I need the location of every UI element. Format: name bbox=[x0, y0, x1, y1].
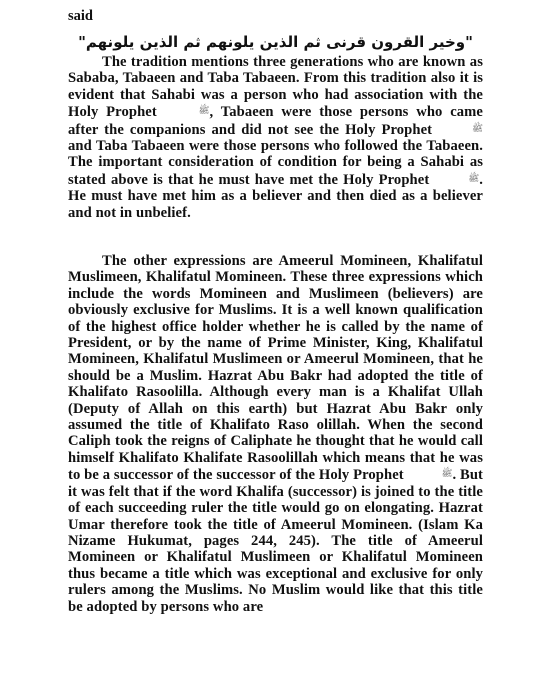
pbuh-honorific-icon: ﷺ bbox=[165, 103, 210, 119]
pbuh-honorific-icon: ﷺ bbox=[408, 466, 453, 482]
paragraph-titles: The other expressions are Ameerul Momine… bbox=[68, 253, 483, 615]
paragraph-generations: The tradition mentions three generations… bbox=[68, 54, 483, 221]
pbuh-honorific-icon: ﷺ bbox=[438, 121, 483, 137]
pbuh-honorific-icon: ﷺ bbox=[434, 171, 479, 187]
paragraph-text: . But it was felt that if the word Khali… bbox=[68, 467, 483, 614]
lead-word: said bbox=[68, 8, 93, 25]
paragraph-text: The other expressions are Ameerul Momine… bbox=[68, 253, 483, 483]
paragraph-text: and Taba Tabaeen were those persons who … bbox=[68, 138, 483, 188]
arabic-hadith-quote: "وخير القرون قرنى ثم الذين يلونهم ثم الذ… bbox=[68, 33, 483, 51]
